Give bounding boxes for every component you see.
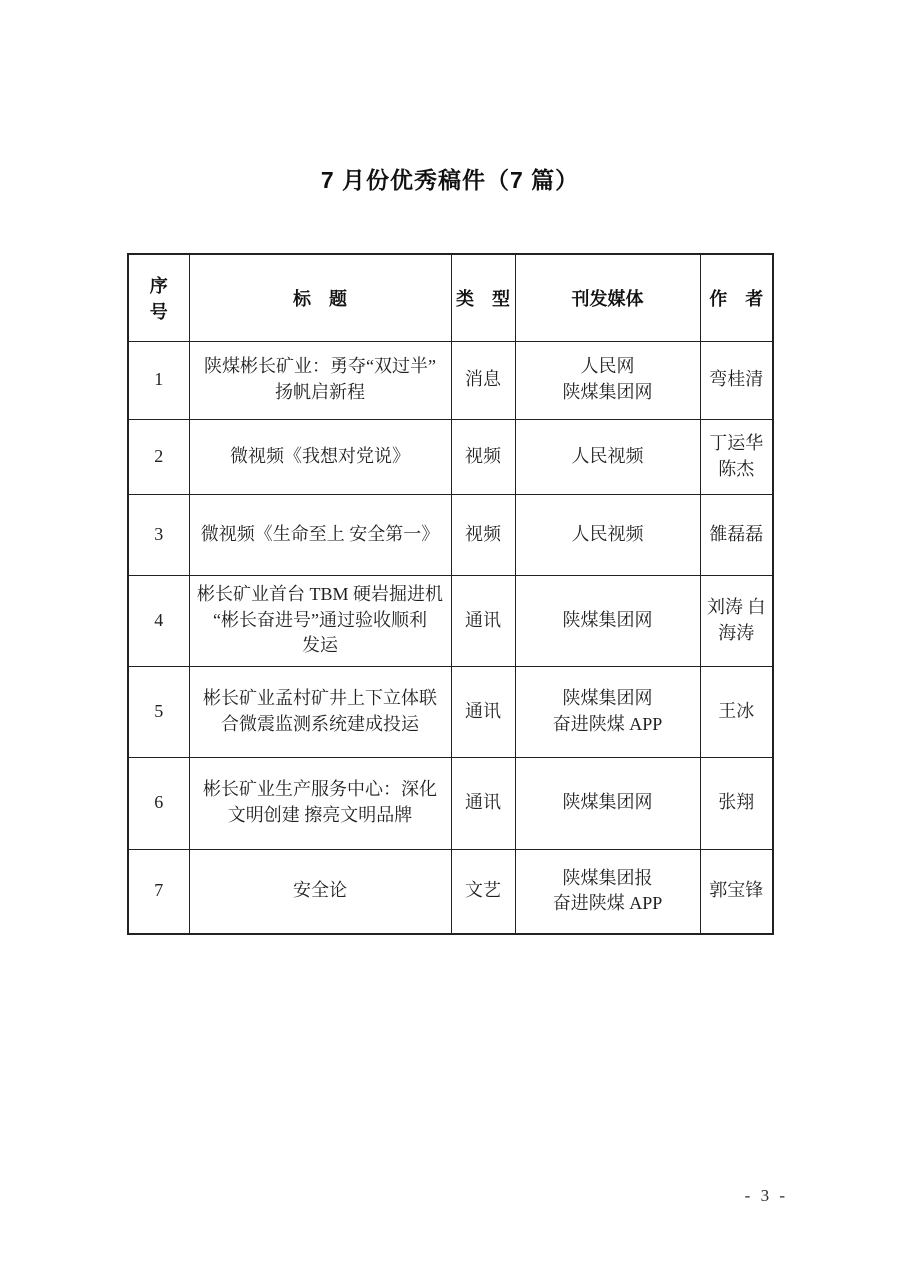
page-title: 7 月份优秀稿件（7 篇） <box>0 162 900 195</box>
cell-media: 陕煤集团网 奋进陕煤 APP <box>515 666 700 757</box>
cell-author: 刘涛 白 海涛 <box>700 575 773 666</box>
column-header-media: 刊发媒体 <box>515 254 700 341</box>
cell-title: 彬长矿业孟村矿井上下立体联 合微震监测系统建成投运 <box>189 666 451 757</box>
cell-media: 陕煤集团网 <box>515 757 700 849</box>
cell-author: 雒磊磊 <box>700 494 773 575</box>
column-header-author: 作 者 <box>700 254 773 341</box>
cell-media: 人民视频 <box>515 494 700 575</box>
cell-author: 弯桂清 <box>700 341 773 419</box>
cell-type: 通讯 <box>451 575 515 666</box>
table-row: 1 陕煤彬长矿业：勇夺“双过半” 扬帆启新程 消息 人民网 陕煤集团网 弯桂清 <box>128 341 773 419</box>
manuscripts-table: 序 号 标 题 类 型 刊发媒体 作 者 1 陕煤彬长矿业：勇夺“双过半” 扬帆… <box>127 253 774 935</box>
cell-author: 王冰 <box>700 666 773 757</box>
table-row: 2 微视频《我想对党说》 视频 人民视频 丁运华 陈杰 <box>128 419 773 494</box>
cell-type: 视频 <box>451 494 515 575</box>
column-header-type: 类 型 <box>451 254 515 341</box>
cell-type: 视频 <box>451 419 515 494</box>
cell-type: 通讯 <box>451 757 515 849</box>
table-header-row: 序 号 标 题 类 型 刊发媒体 作 者 <box>128 254 773 341</box>
cell-type: 文艺 <box>451 849 515 934</box>
cell-media: 人民网 陕煤集团网 <box>515 341 700 419</box>
cell-title: 陕煤彬长矿业：勇夺“双过半” 扬帆启新程 <box>189 341 451 419</box>
column-header-no: 序 号 <box>128 254 189 341</box>
cell-author: 丁运华 陈杰 <box>700 419 773 494</box>
cell-title: 彬长矿业生产服务中心：深化 文明创建 擦亮文明品牌 <box>189 757 451 849</box>
cell-no: 3 <box>128 494 189 575</box>
column-header-title: 标 题 <box>189 254 451 341</box>
cell-author: 郭宝锋 <box>700 849 773 934</box>
page-number: - 3 - <box>745 1186 788 1206</box>
cell-no: 6 <box>128 757 189 849</box>
cell-media: 人民视频 <box>515 419 700 494</box>
cell-no: 1 <box>128 341 189 419</box>
cell-title: 安全论 <box>189 849 451 934</box>
table-row: 6 彬长矿业生产服务中心：深化 文明创建 擦亮文明品牌 通讯 陕煤集团网 张翔 <box>128 757 773 849</box>
table-row: 3 微视频《生命至上 安全第一》 视频 人民视频 雒磊磊 <box>128 494 773 575</box>
cell-no: 5 <box>128 666 189 757</box>
cell-title: 彬长矿业首台 TBM 硬岩掘进机 “彬长奋进号”通过验收顺利 发运 <box>189 575 451 666</box>
cell-no: 2 <box>128 419 189 494</box>
cell-no: 4 <box>128 575 189 666</box>
cell-media: 陕煤集团网 <box>515 575 700 666</box>
table-row: 7 安全论 文艺 陕煤集团报 奋进陕煤 APP 郭宝锋 <box>128 849 773 934</box>
cell-media: 陕煤集团报 奋进陕煤 APP <box>515 849 700 934</box>
cell-author: 张翔 <box>700 757 773 849</box>
table-row: 5 彬长矿业孟村矿井上下立体联 合微震监测系统建成投运 通讯 陕煤集团网 奋进陕… <box>128 666 773 757</box>
cell-no: 7 <box>128 849 189 934</box>
table-row: 4 彬长矿业首台 TBM 硬岩掘进机 “彬长奋进号”通过验收顺利 发运 通讯 陕… <box>128 575 773 666</box>
cell-type: 消息 <box>451 341 515 419</box>
cell-title: 微视频《生命至上 安全第一》 <box>189 494 451 575</box>
cell-type: 通讯 <box>451 666 515 757</box>
cell-title: 微视频《我想对党说》 <box>189 419 451 494</box>
